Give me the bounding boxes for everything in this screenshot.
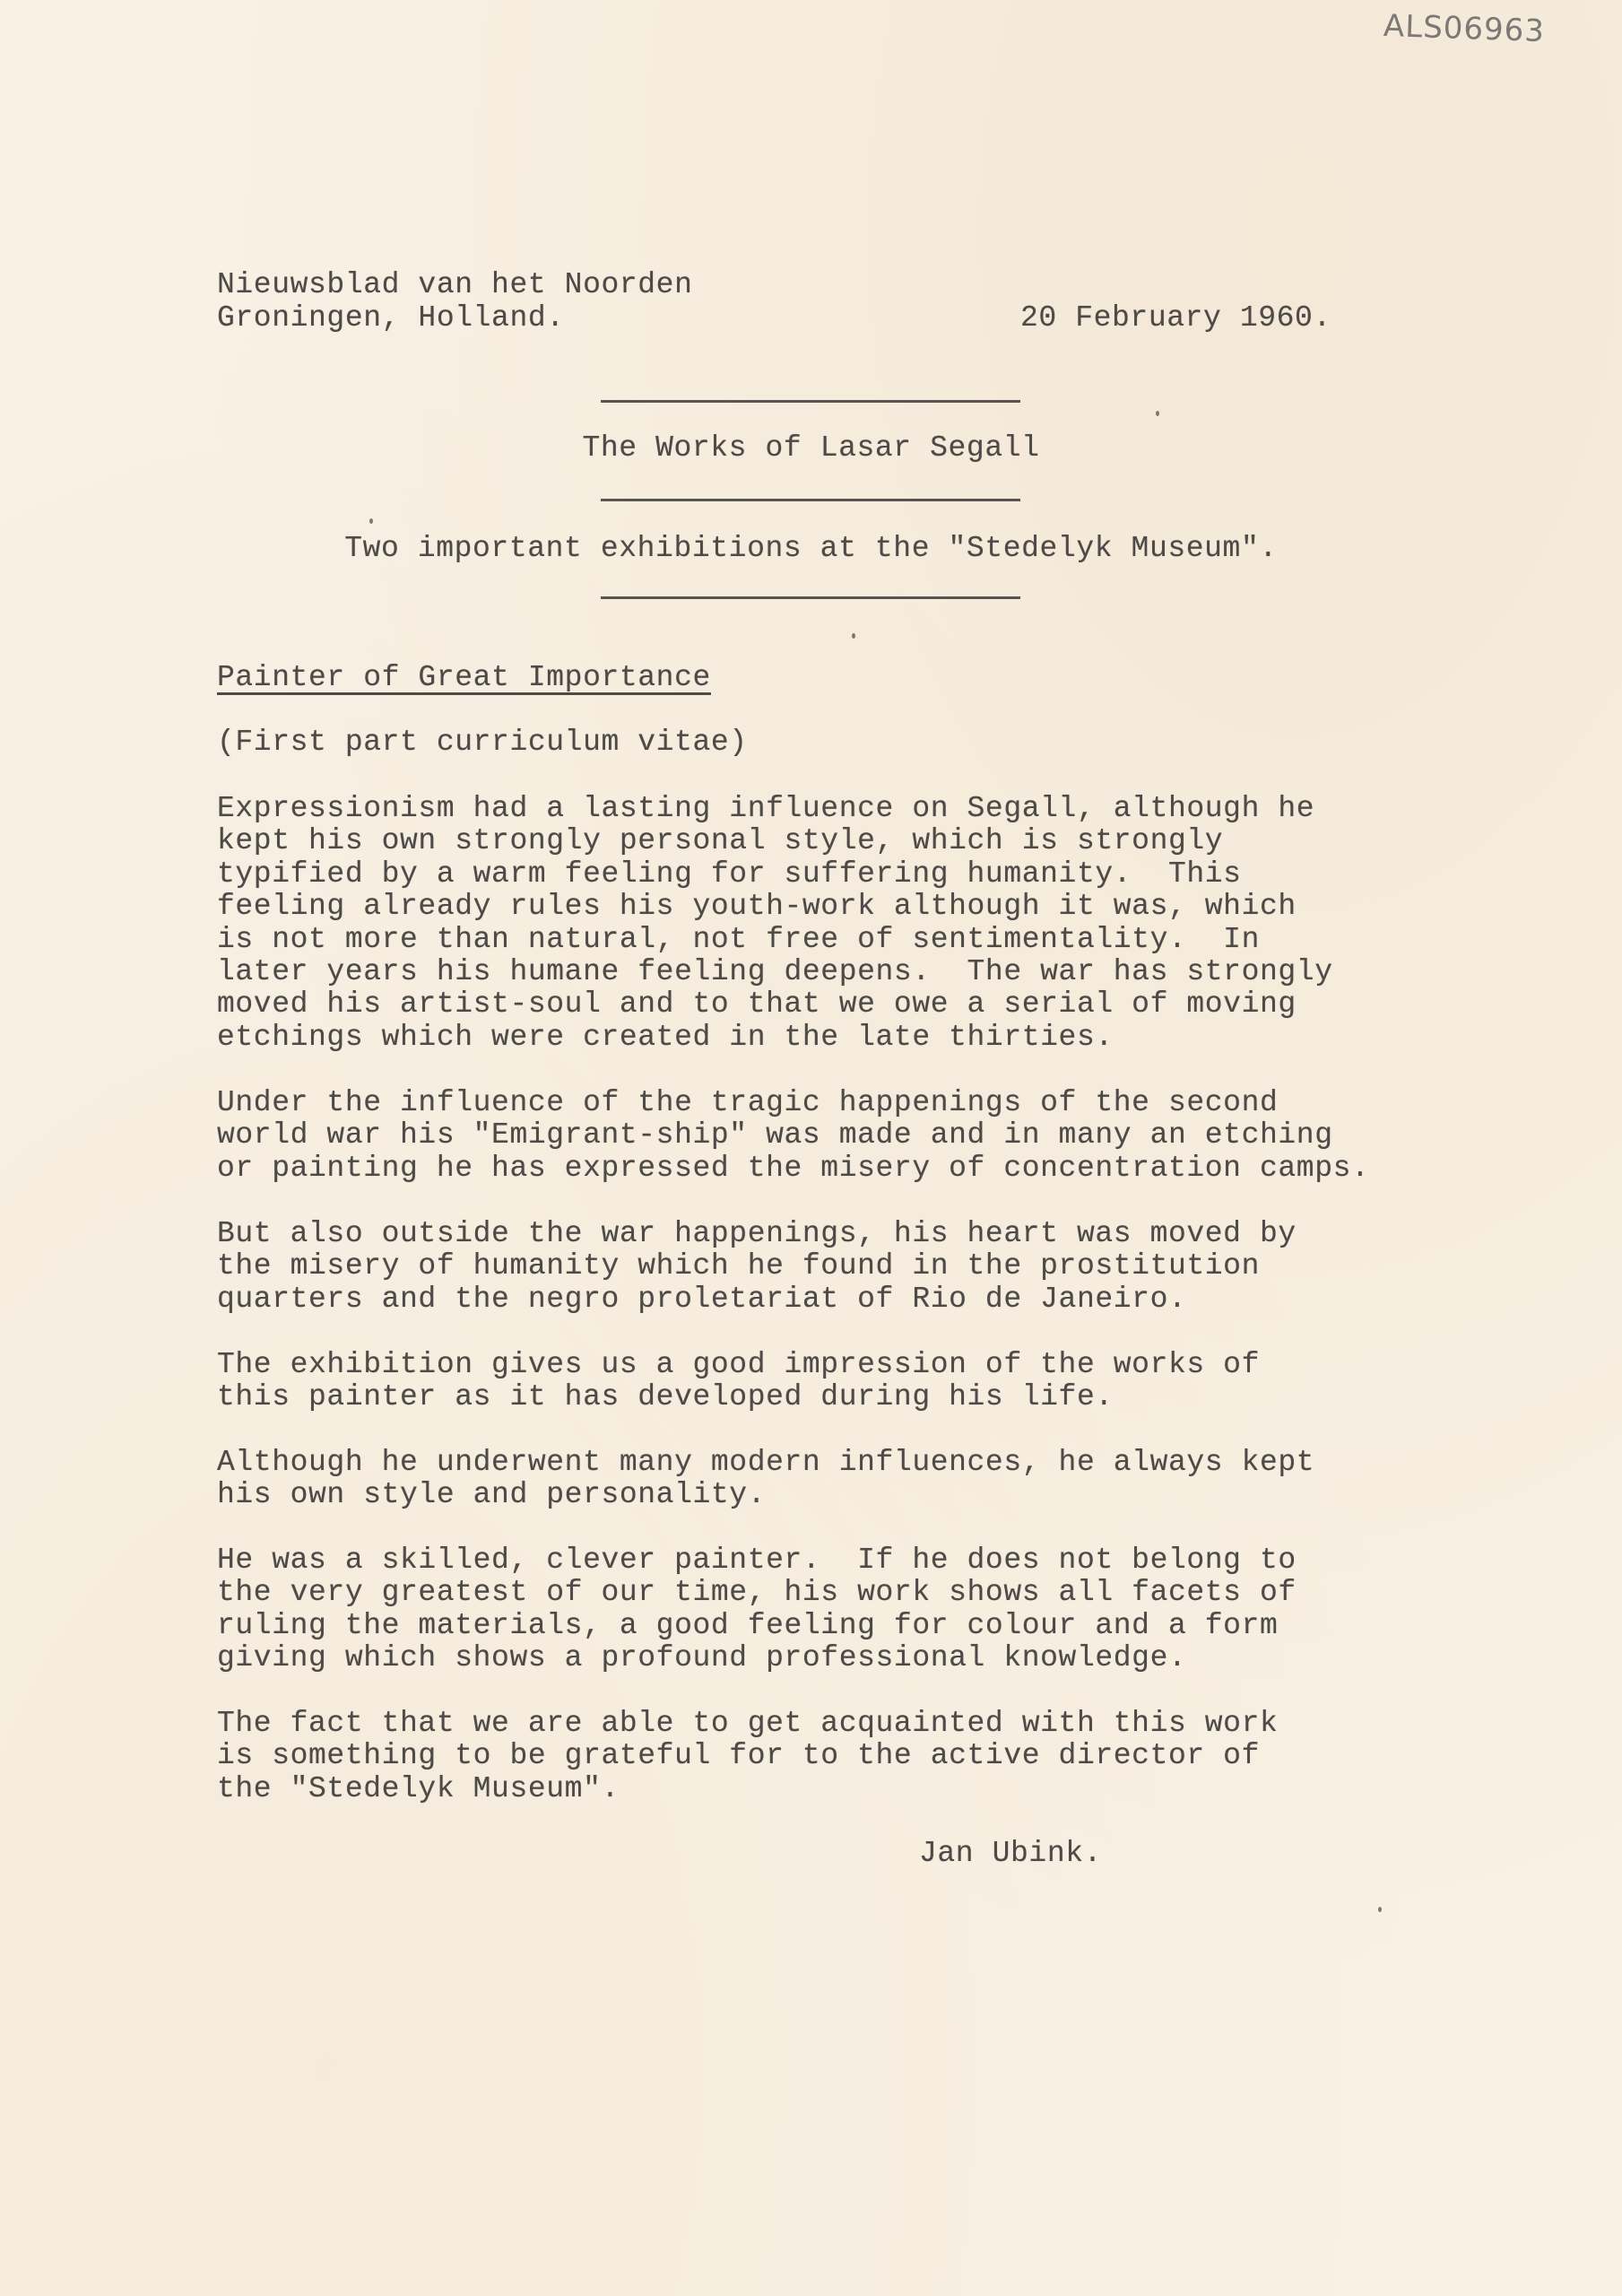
paper-speck — [369, 518, 373, 524]
publication-name: Nieuwsblad van het Noorden — [217, 269, 692, 301]
archive-id-handwritten: ALS06963 — [1383, 8, 1545, 49]
signature: Jan Ubink. — [919, 1838, 1102, 1870]
paper-speck — [1378, 1907, 1382, 1912]
publication-location: Groningen, Holland. — [217, 302, 565, 335]
paper-speck — [852, 633, 855, 639]
paragraph-modern-influences: Although he underwent many modern influe… — [217, 1447, 1314, 1512]
document-date: 20 February 1960. — [1020, 302, 1331, 335]
divider-rule-bottom — [601, 596, 1020, 599]
divider-rule-middle — [601, 499, 1020, 501]
paragraph-gratitude: The fact that we are able to get acquain… — [217, 1708, 1278, 1805]
section-heading: Painter of Great Importance — [217, 662, 711, 694]
article-subtitle: Two important exhibitions at the "Stedel… — [0, 533, 1622, 565]
paragraph-exhibition: The exhibition gives us a good impressio… — [217, 1349, 1260, 1414]
paper-speck — [1156, 411, 1159, 416]
paragraph-rio: But also outside the war happenings, his… — [217, 1218, 1297, 1316]
article-title: The Works of Lasar Segall — [0, 432, 1622, 465]
paragraph-war-influence: Under the influence of the tragic happen… — [217, 1087, 1369, 1185]
section-note: (First part curriculum vitae) — [217, 726, 748, 759]
paragraph-skilled-painter: He was a skilled, clever painter. If he … — [217, 1544, 1297, 1675]
divider-rule-top — [601, 400, 1020, 403]
paragraph-expressionism: Expressionism had a lasting influence on… — [217, 793, 1333, 1054]
